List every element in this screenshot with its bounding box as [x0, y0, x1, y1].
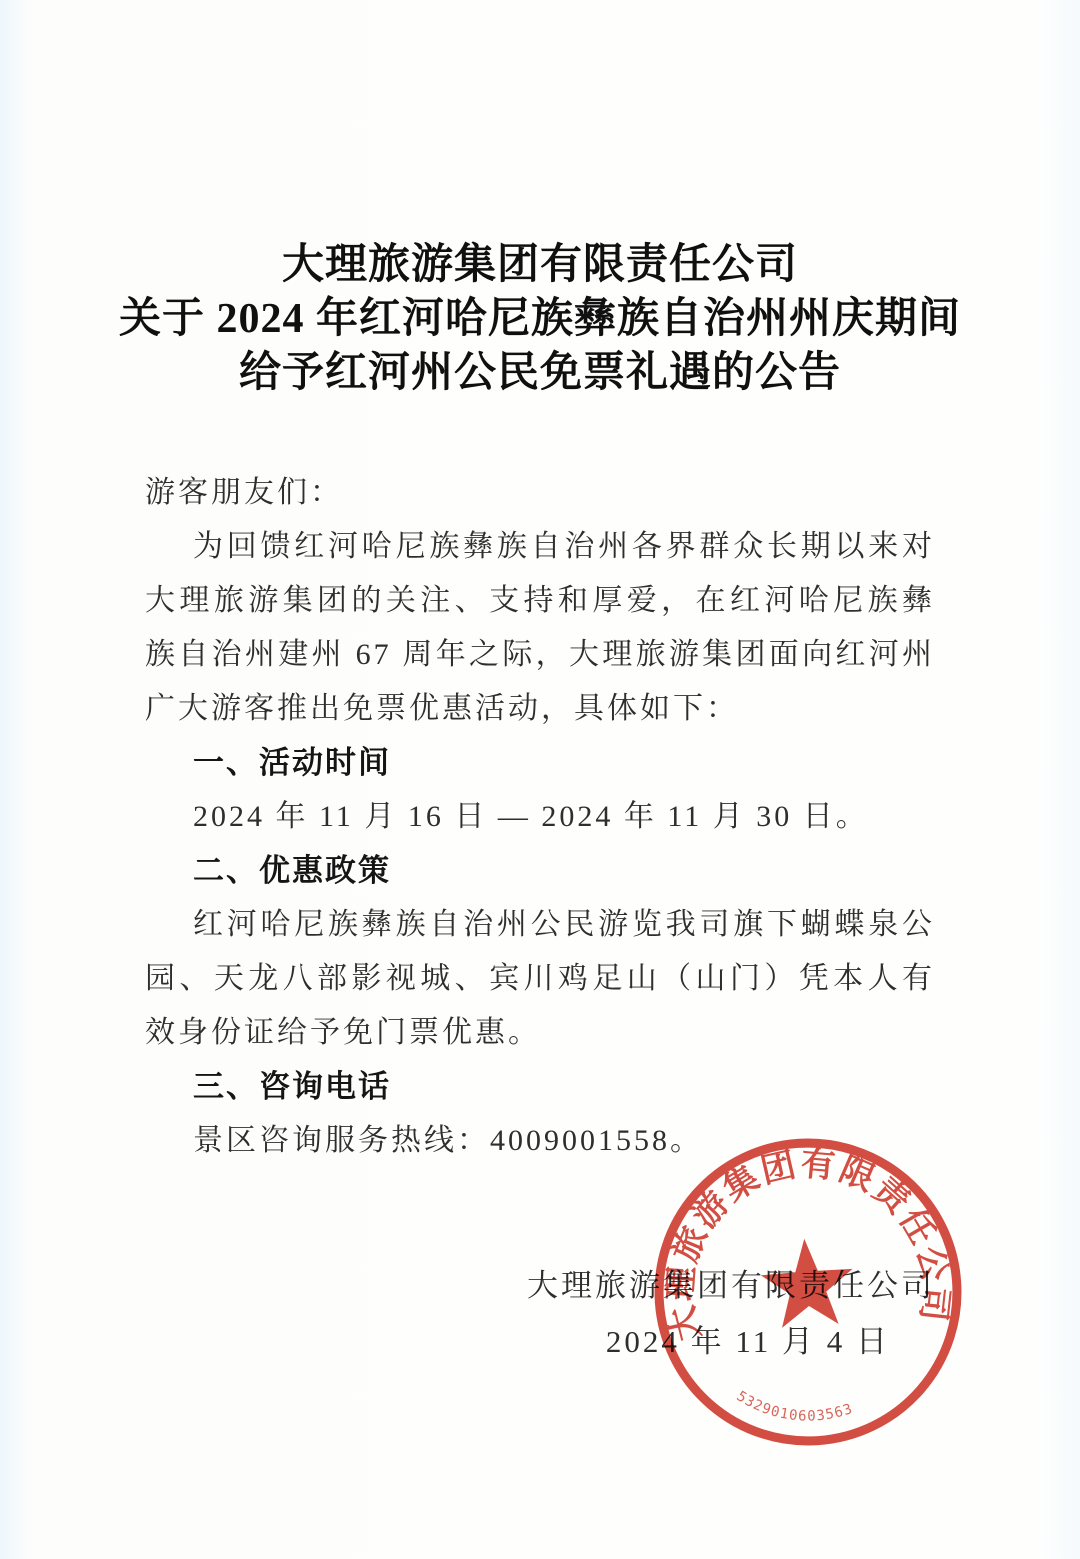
seal-star-icon [758, 1236, 856, 1330]
title-line-1: 大理旅游集团有限责任公司 [0, 238, 1080, 292]
document-body: 游客朋友们： 为回馈红河哈尼族彝族自治州各界群众长期以来对大理旅游集团的关注、支… [145, 466, 935, 1168]
seal-serial-number: 5329010603563 [733, 1381, 856, 1430]
title-line-3: 给予红河州公民免票礼遇的公告 [0, 346, 1080, 400]
section-2-heading: 二、优惠政策 [145, 844, 935, 898]
section-1-content: 2024 年 11 月 16 日 — 2024 年 11 月 30 日。 [145, 790, 935, 844]
section-1-heading: 一、活动时间 [145, 736, 935, 790]
document-title: 大理旅游集团有限责任公司 关于 2024 年红河哈尼族彝族自治州州庆期间 给予红… [0, 0, 1080, 400]
document-page: 大理旅游集团有限责任公司 关于 2024 年红河哈尼族彝族自治州州庆期间 给予红… [0, 0, 1080, 1559]
salutation: 游客朋友们： [145, 466, 935, 520]
section-2-content: 红河哈尼族彝族自治州公民游览我司旗下蝴蝶泉公园、天龙八部影视城、宾川鸡足山（山门… [145, 898, 935, 1060]
svg-text:5329010603563: 5329010603563 [733, 1381, 856, 1430]
official-seal-stamp: 大理旅游集团有限责任公司 5329010603563 [641, 1125, 974, 1458]
section-3-heading: 三、咨询电话 [145, 1060, 935, 1114]
intro-paragraph: 为回馈红河哈尼族彝族自治州各界群众长期以来对大理旅游集团的关注、支持和厚爱，在红… [145, 520, 935, 736]
title-line-2: 关于 2024 年红河哈尼族彝族自治州州庆期间 [0, 292, 1080, 346]
